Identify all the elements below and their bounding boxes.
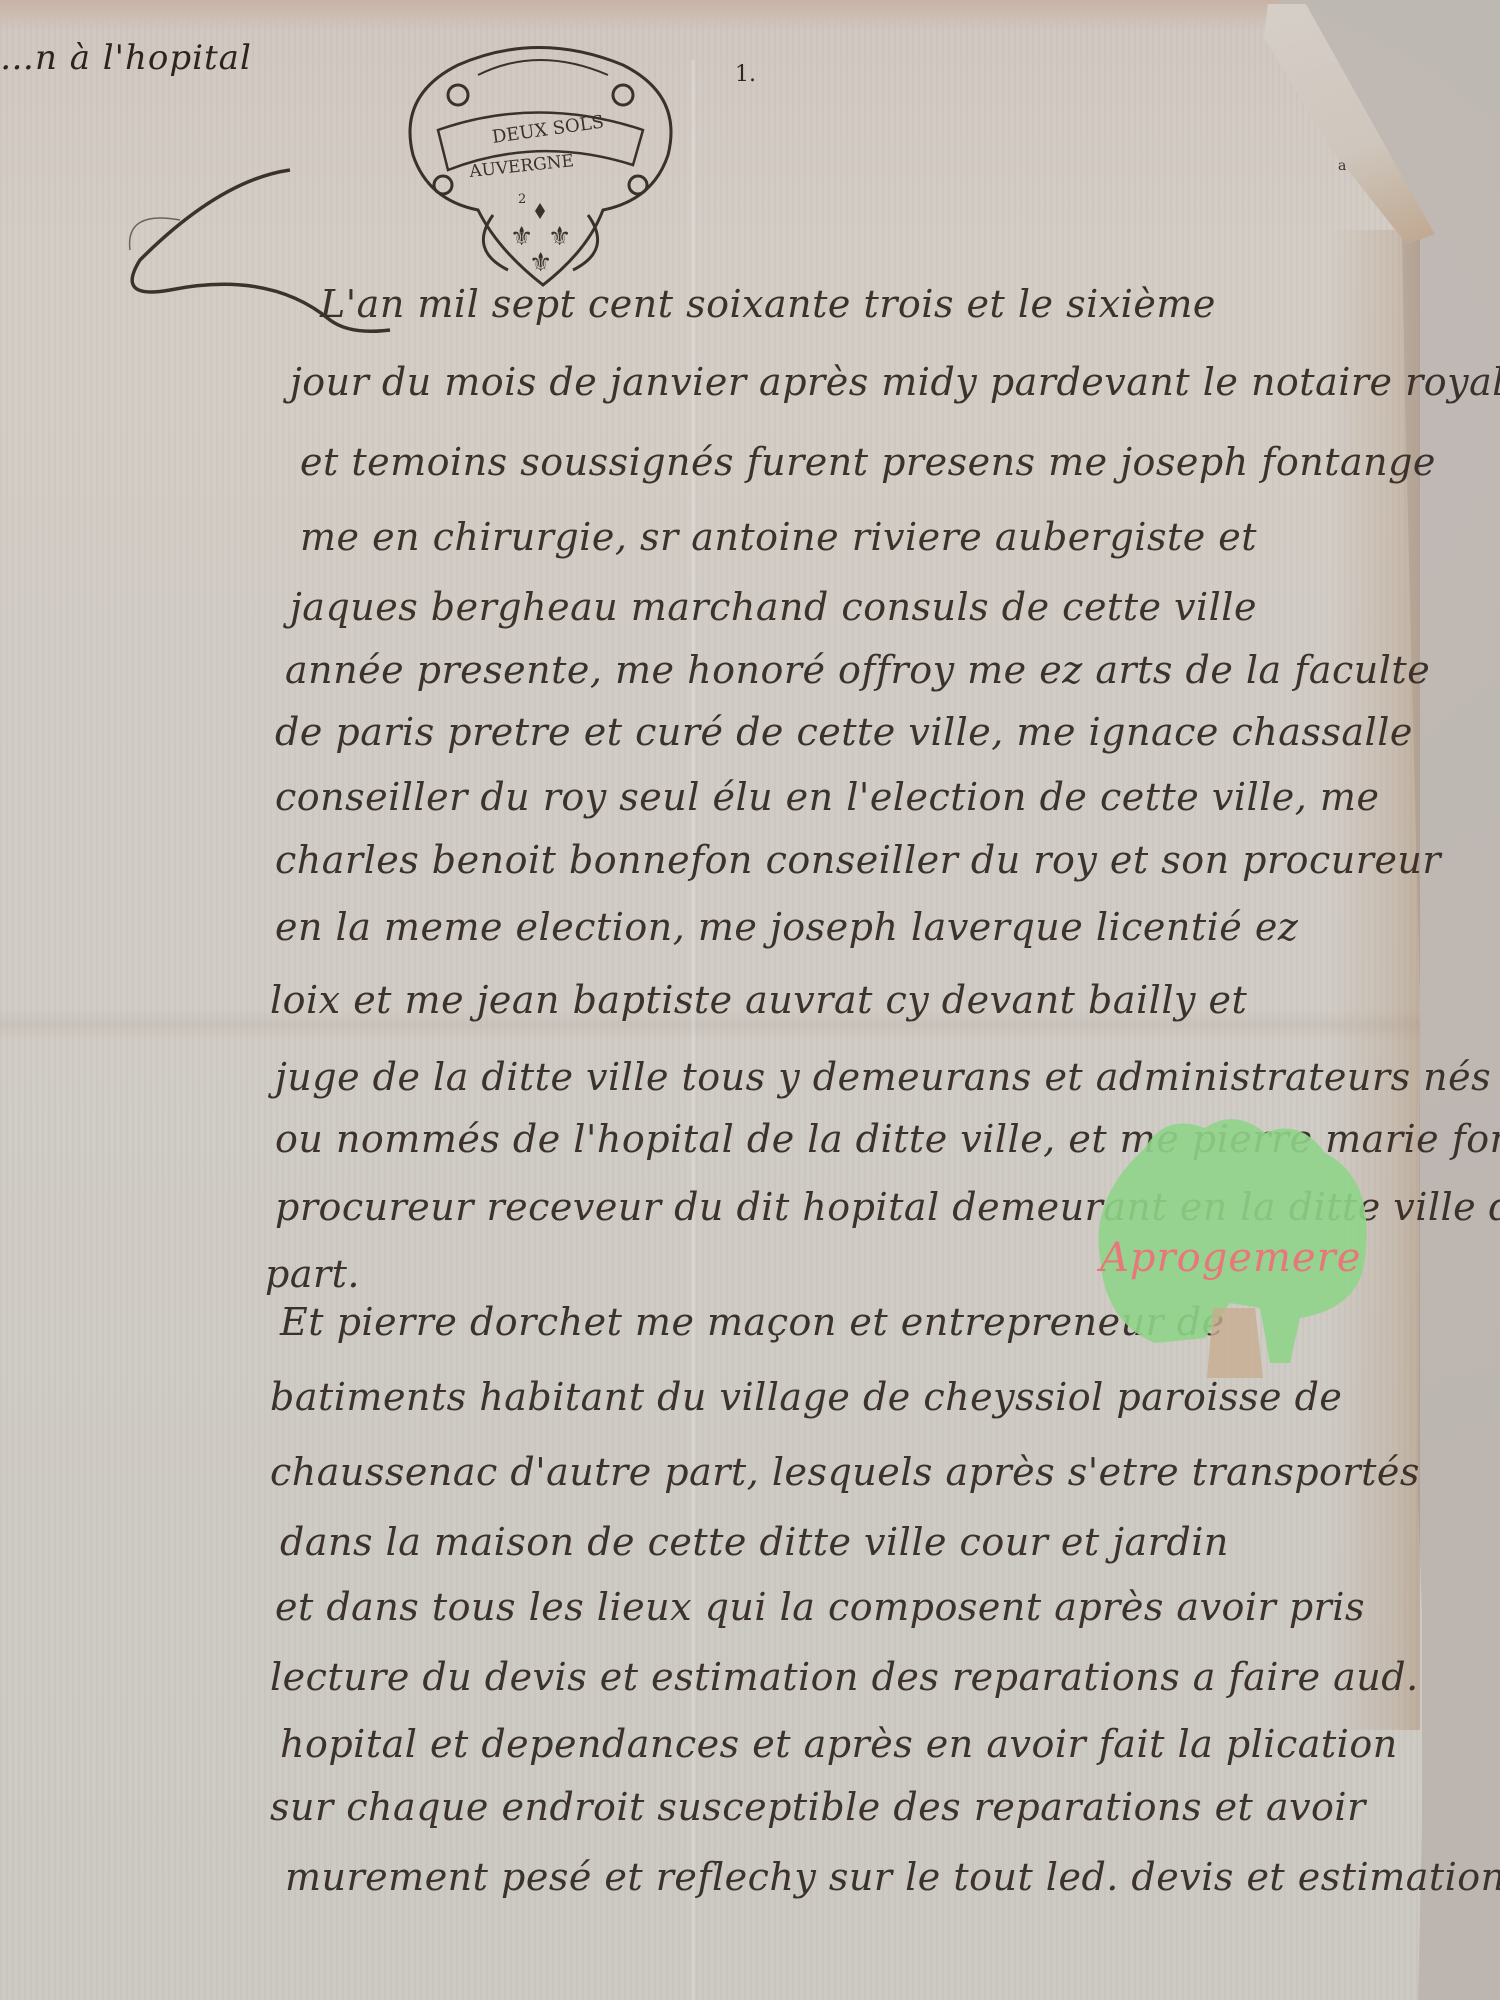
text-line: en la meme election, me joseph laverque … [275,905,1298,949]
text-line: et dans tous les lieux qui la composent … [275,1585,1365,1629]
text-line: jaques bergheau marchand consuls de cett… [290,585,1257,629]
watermark-text: Aprogemere [1100,1235,1361,1281]
text-line: sur chaque endroit susceptible des repar… [270,1785,1366,1829]
text-line: Et pierre dorchet me maçon et entreprene… [280,1300,1225,1344]
text-line: jour du mois de janvier après midy parde… [290,360,1500,404]
text-line: part. [265,1252,360,1296]
text-line: juge de la ditte ville tous y demeurans … [275,1055,1491,1099]
manuscript-text: L'an mil sept cent soixante trois et le … [0,0,1420,2000]
text-line: murement pesé et reflechy sur le tout le… [285,1855,1500,1899]
text-line: charles benoit bonnefon conseiller du ro… [275,838,1441,882]
text-line: me en chirurgie, sr antoine riviere aube… [300,515,1257,559]
text-line: L'an mil sept cent soixante trois et le … [320,282,1216,326]
text-line: de paris pretre et curé de cette ville, … [275,710,1413,754]
text-line: loix et me jean baptiste auvrat cy devan… [270,978,1247,1022]
text-line: année presente, me honoré offroy me ez a… [285,648,1430,692]
text-line: chaussenac d'autre part, lesquels après … [270,1450,1420,1494]
text-line: batiments habitant du village de cheyssi… [270,1375,1342,1419]
text-line: et temoins soussignés furent presens me … [300,440,1436,484]
text-line: conseiller du roy seul élu en l'election… [275,775,1379,819]
text-line: lecture du devis et estimation des repar… [270,1655,1419,1699]
text-line: hopital et dependances et après en avoir… [280,1722,1398,1766]
text-line: dans la maison de cette ditte ville cour… [280,1520,1229,1564]
